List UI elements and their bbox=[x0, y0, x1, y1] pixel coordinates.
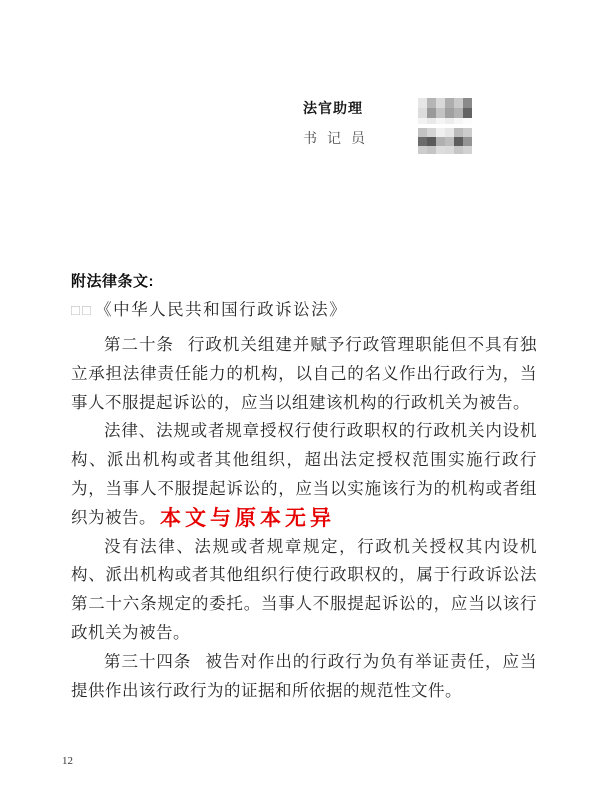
law-paragraph-article-20: 第二十条行政机关组建并赋予行政管理职能但不具有独立承担法律责任能力的机构，以自己… bbox=[71, 331, 537, 417]
law-paragraph: 法律、法规或者规章授权行使行政职权的行政机关内设机构、派出机构或者其他组织，超出… bbox=[71, 417, 537, 532]
law-title-line: □□《中华人民共和国行政诉讼法》 bbox=[71, 296, 537, 325]
law-paragraph: 没有法律、法规或者规章规定，行政机关授权其内设机构、派出机构或者其他组织行使行政… bbox=[71, 533, 537, 648]
missing-glyph-boxes: □□ bbox=[71, 303, 93, 319]
article-number: 第三十四条 bbox=[104, 652, 191, 671]
clerk-label: 书 记 员 bbox=[303, 128, 365, 148]
attached-law-text: 附法律条文: □□《中华人民共和国行政诉讼法》 第二十条行政机关组建并赋予行政管… bbox=[71, 268, 537, 705]
law-title: 《中华人民共和国行政诉讼法》 bbox=[95, 300, 347, 319]
paragraph-text: 没有法律、法规或者规章规定，行政机关授权其内设机构、派出机构或者其他组织行使行政… bbox=[71, 537, 537, 642]
attachment-heading: 附法律条文: bbox=[71, 268, 537, 296]
redacted-name-mosaic bbox=[418, 98, 472, 124]
clerk-label-char: 员 bbox=[351, 128, 365, 148]
assistant-judge-label: 法官助理 bbox=[303, 98, 365, 118]
law-paragraph-article-34: 第三十四条被告对作出的行政行为负有举证责任，应当提供作出该行政行为的证据和所依据… bbox=[71, 648, 537, 706]
redacted-name-mosaic bbox=[418, 128, 472, 154]
clerk-row: 书 记 员 bbox=[303, 128, 472, 154]
assistant-judge-row: 法官助理 bbox=[303, 98, 472, 124]
article-number: 第二十条 bbox=[104, 335, 174, 354]
red-verification-stamp: 本文与原本无异 bbox=[160, 506, 335, 530]
clerk-label-char: 书 bbox=[303, 128, 317, 148]
law-paragraphs: 第二十条行政机关组建并赋予行政管理职能但不具有独立承担法律责任能力的机构，以自己… bbox=[71, 331, 537, 705]
clerk-label-char: 记 bbox=[327, 128, 341, 148]
document-page: 法官助理 书 记 员 附法律条文: □□《中华人民共和国行政诉讼法》 第二十条行… bbox=[0, 0, 608, 800]
page-number: 12 bbox=[62, 755, 73, 767]
